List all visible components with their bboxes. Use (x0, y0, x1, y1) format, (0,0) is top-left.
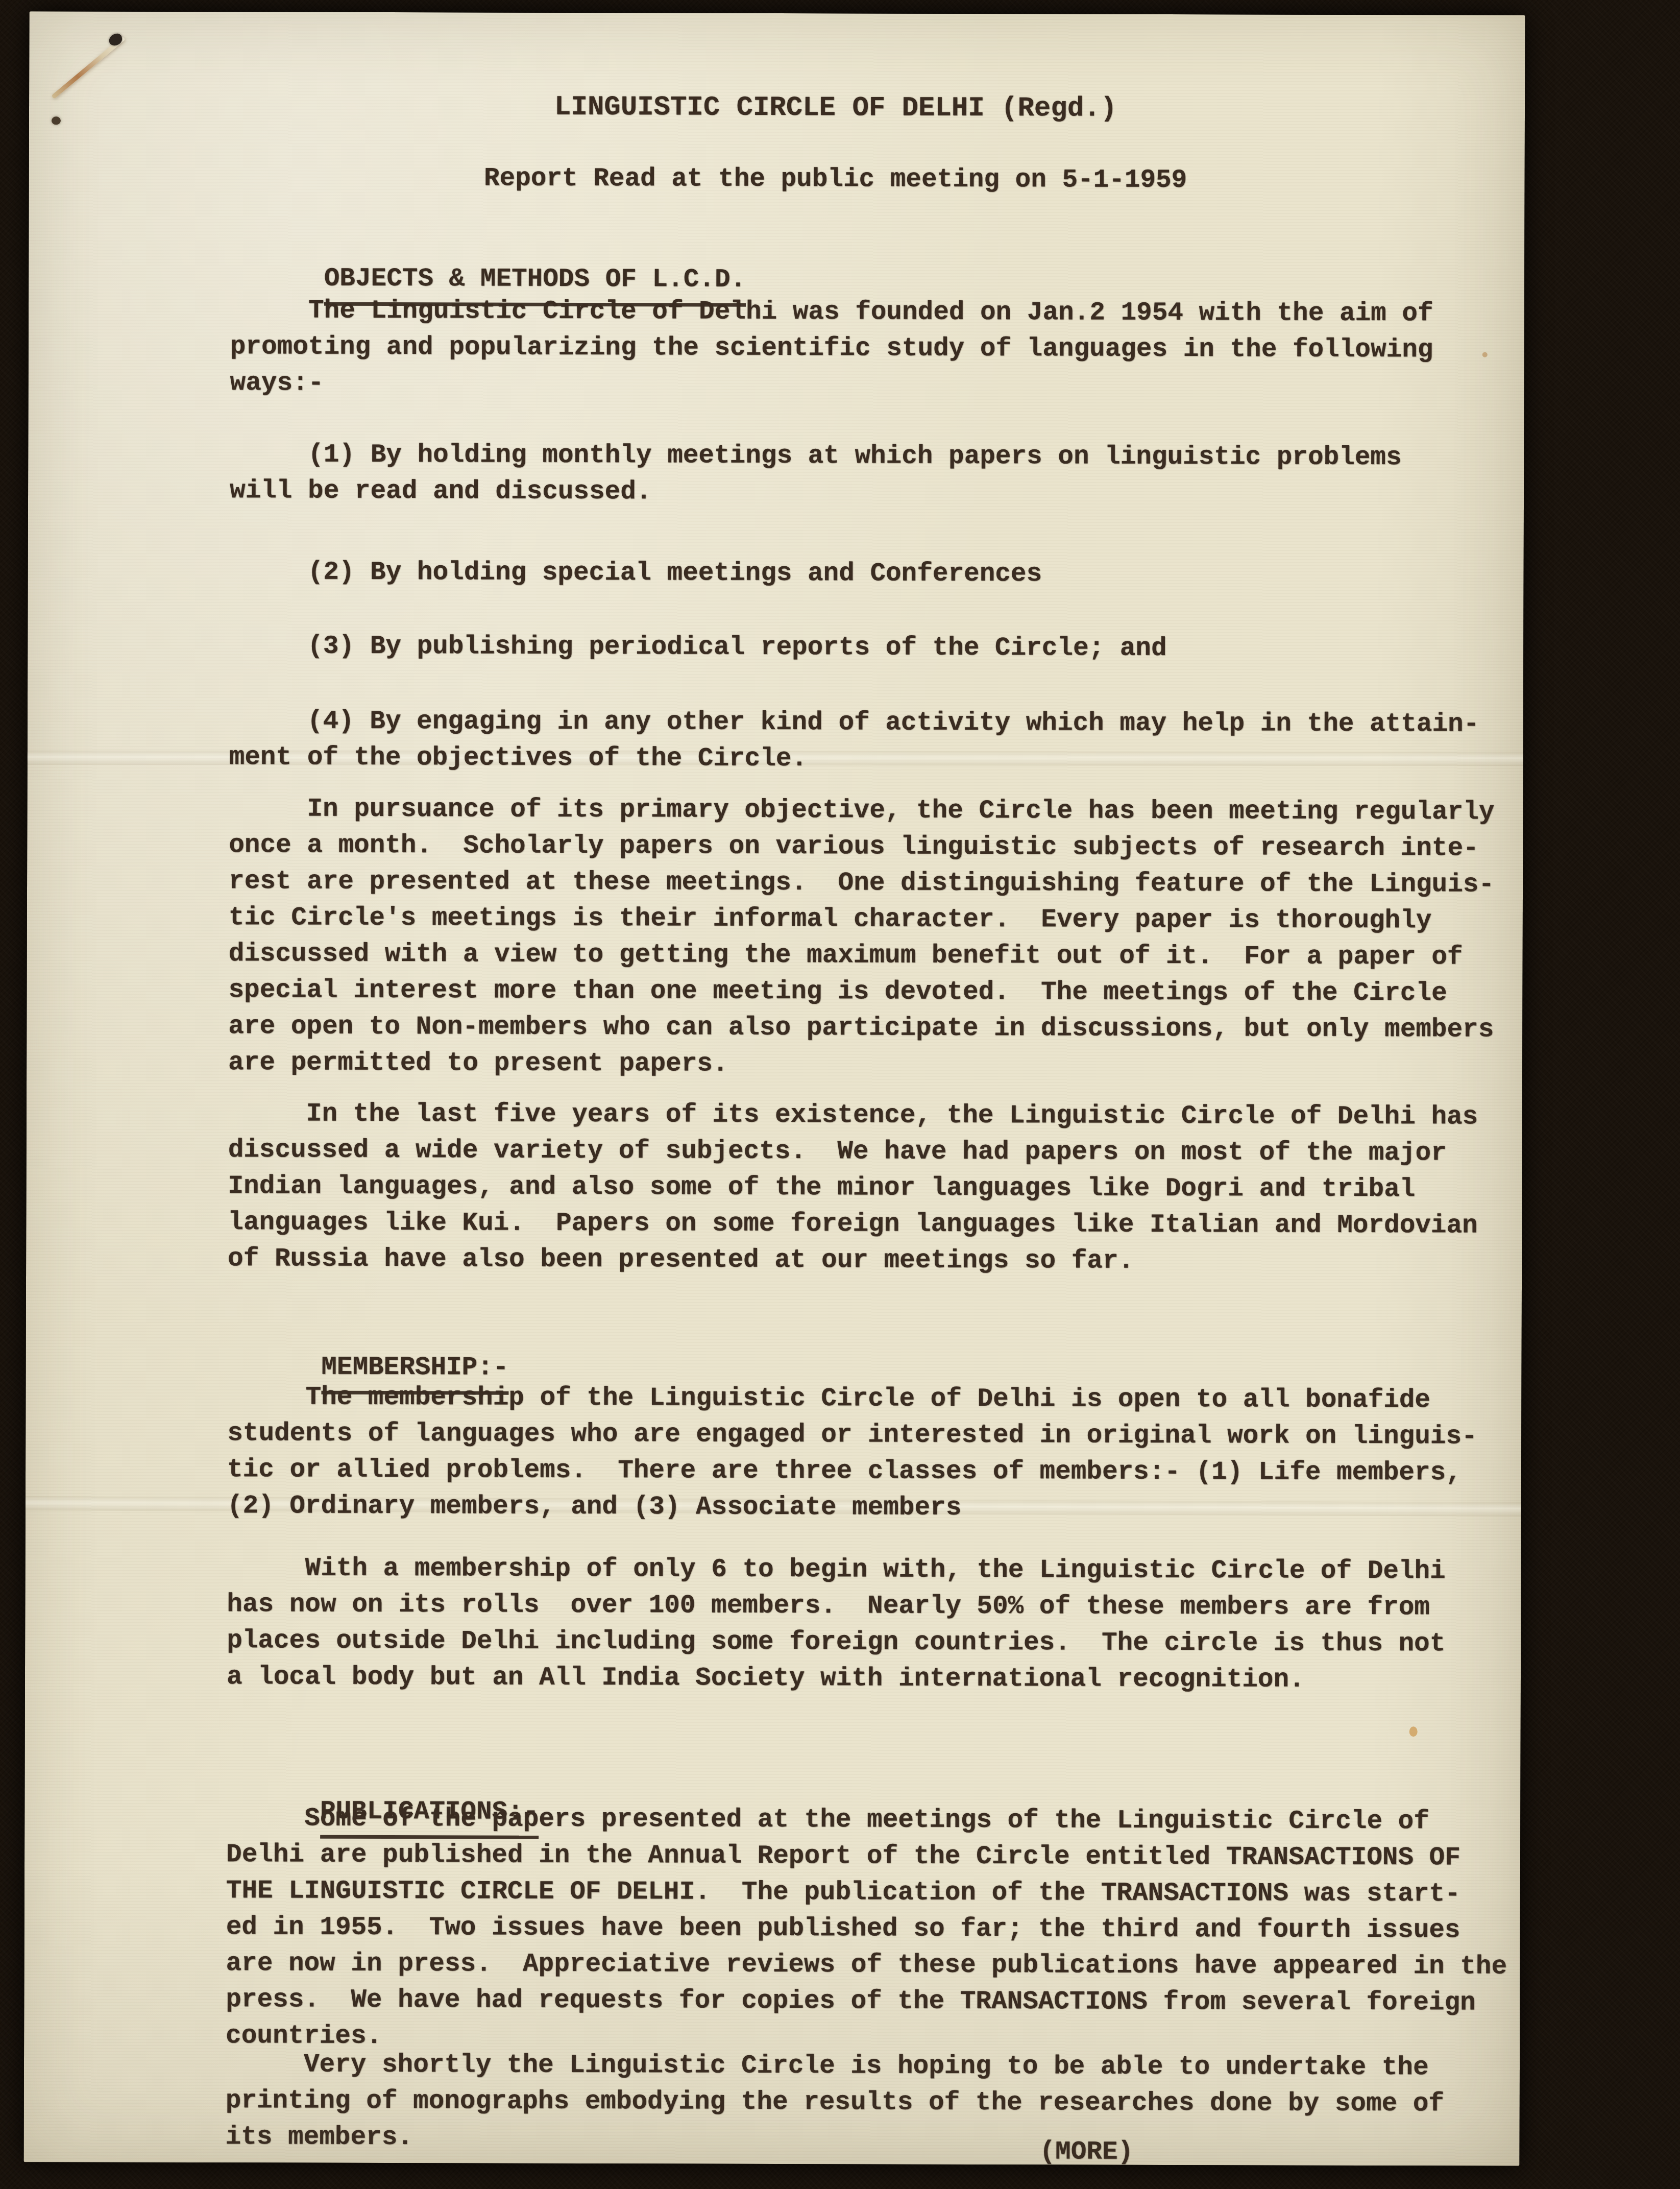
tear-rust-spot (52, 116, 61, 125)
paper-sheet: LINGUISTIC CIRCLE OF DELHI (Regd.) Repor… (23, 11, 1525, 2166)
more-marker: (MORE) (1039, 2134, 1133, 2170)
stain-mark (1409, 1726, 1418, 1737)
list-item-periodical-reports: (3) By publishing periodical reports of … (229, 628, 1536, 668)
paragraph-membership: The membership of the Linguistic Circle … (227, 1379, 1535, 1528)
scan-background: LINGUISTIC CIRCLE OF DELHI (Regd.) Repor… (0, 0, 1680, 2189)
list-item-monthly-meetings: (1) By holding monthly meetings at which… (230, 437, 1537, 513)
list-item-other-activity: (4) By engaging in any other kind of act… (229, 703, 1536, 779)
tear-hole (108, 33, 124, 47)
paragraph-founding: The Linguistic Circle of Delhi was found… (230, 293, 1538, 405)
page-subtitle: Report Read at the public meeting on 5-1… (182, 160, 1489, 200)
tear-scratch (51, 36, 125, 100)
paragraph-subjects: In the last five years of its existence,… (228, 1096, 1535, 1281)
paragraph-monographs: Very shortly the Linguistic Circle is ho… (226, 2047, 1533, 2159)
paragraph-meetings: In pursuance of its primary objective, t… (228, 791, 1536, 1085)
paragraph-growth: With a membership of only 6 to begin wit… (227, 1550, 1534, 1699)
tear-mark (48, 51, 151, 143)
page-title: LINGUISTIC CIRCLE OF DELHI (Regd.) (182, 88, 1489, 128)
list-item-special-meetings: (2) By holding special meetings and Conf… (230, 554, 1537, 594)
paragraph-publications: Some of the papers presented at the meet… (226, 1800, 1533, 2058)
